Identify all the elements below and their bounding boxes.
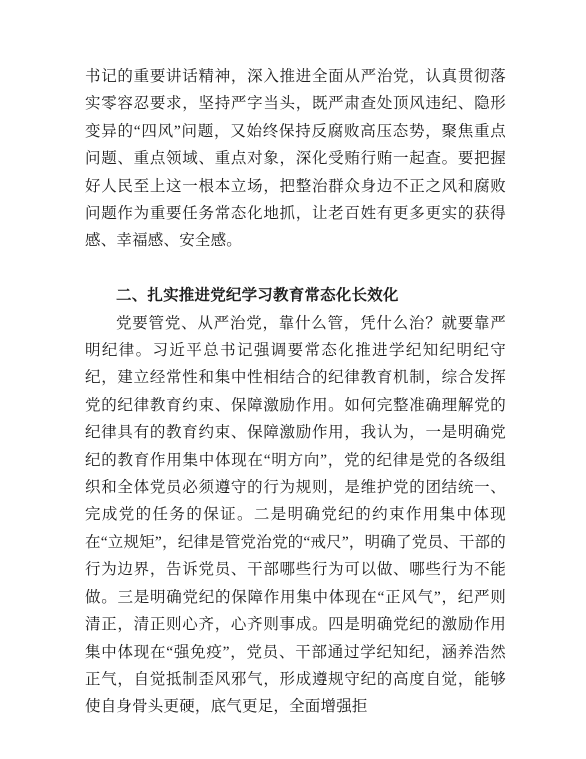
- section-heading: 二、扎实推进党纪学习教育常态化长效化: [85, 282, 506, 309]
- document-page: 书记的重要讲话精神，深入推进全面从严治党，认真贯彻落实零容忍要求，坚持严字当头，…: [0, 0, 586, 759]
- section-body-paragraph: 党要管党、从严治党，靠什么管，凭什么治？就要靠严明纪律。习近平总书记强调要常态化…: [85, 310, 506, 721]
- document-text-block: 书记的重要讲话精神，深入推进全面从严治党，认真贯彻落实零容忍要求，坚持严字当头，…: [85, 63, 506, 721]
- paragraph-continuation: 书记的重要讲话精神，深入推进全面从严治党，认真贯彻落实零容忍要求，坚持严字当头，…: [85, 63, 506, 255]
